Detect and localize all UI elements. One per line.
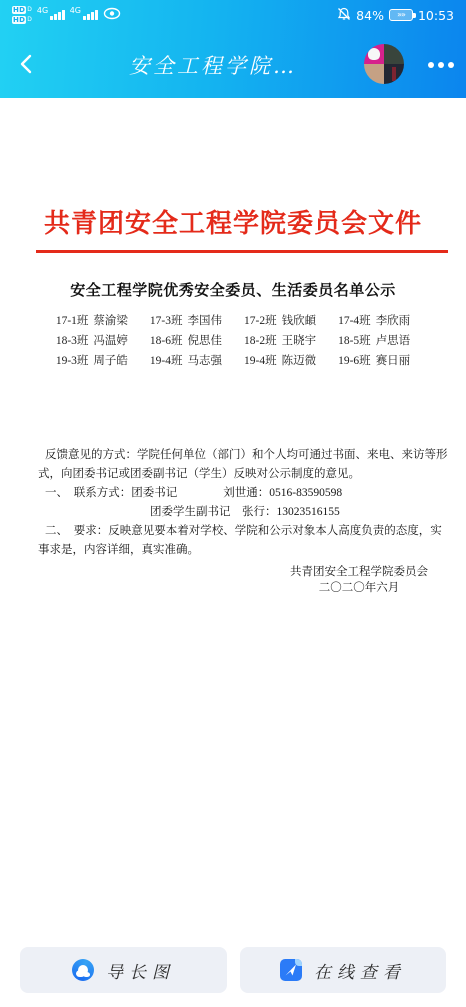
table-row: 17-1班蔡渝梁 17-3班李国伟 17-2班钱欣頔 17-4班李欣雨 xyxy=(0,312,466,332)
app-header: HDD HDD 4G 4G 84% xyxy=(0,0,466,98)
more-options-icon[interactable] xyxy=(428,62,454,68)
table-cell: 19-4班陈迈微 xyxy=(244,352,316,372)
tencent-docs-icon xyxy=(280,959,302,981)
signature-block: 共青团安全工程学院委员会 二〇二〇年六月 xyxy=(290,565,428,596)
avatar-tile-2 xyxy=(384,44,404,64)
table-cell: 19-4班马志强 xyxy=(150,352,222,372)
hd-badge-sim2: HD xyxy=(12,16,26,24)
table-cell: 18-2班王晓宇 xyxy=(244,332,316,352)
bottom-action-bar: 导长图 在线查看 xyxy=(0,935,466,1007)
table-cell: 18-5班卢思语 xyxy=(338,332,410,352)
document-title: 安全工程学院优秀安全委员、生活委员名单公示 xyxy=(0,279,466,300)
contact-line-2: 团委学生副书记 张行：13023516155 xyxy=(38,503,448,522)
qq-browser-icon xyxy=(72,959,94,981)
eye-protection-icon xyxy=(103,7,121,23)
signature-date: 二〇二〇年六月 xyxy=(290,581,428,597)
signal-bars-sim2-icon xyxy=(83,10,98,20)
table-row: 18-3班冯温婷 18-6班倪思佳 18-2班王晓宇 18-5班卢思语 xyxy=(0,332,466,352)
view-online-button[interactable]: 在线查看 xyxy=(240,947,446,993)
table-cell: 17-3班李国伟 xyxy=(150,312,222,332)
avatar-tile-4 xyxy=(384,64,404,84)
hd-sub-sim1: D xyxy=(27,7,32,13)
table-cell: 18-3班冯温婷 xyxy=(56,332,128,352)
battery-charging-icon: »» xyxy=(389,9,413,21)
table-cell: 18-6班倪思佳 xyxy=(150,332,222,352)
back-chevron-icon[interactable] xyxy=(14,51,40,77)
table-cell: 19-6班赛日丽 xyxy=(338,352,410,372)
table-row: 19-3班周子皓 19-4班马志强 19-4班陈迈微 19-6班赛日丽 xyxy=(0,352,466,372)
feedback-intro-paragraph: 反馈意见的方式：学院任何单位（部门）和个人均可通过书面、来电、来访等形式，向团委… xyxy=(38,446,448,483)
document-body-text: 反馈意见的方式：学院任何单位（部门）和个人均可通过书面、来电、来访等形式，向团委… xyxy=(38,446,448,559)
clock-time: 10:53 xyxy=(418,8,454,23)
signal-bars-sim1-icon xyxy=(50,10,65,20)
status-bar: HDD HDD 4G 4G 84% xyxy=(0,0,466,30)
signal-sim1-icon: 4G xyxy=(37,10,65,20)
signature-org: 共青团安全工程学院委员会 xyxy=(290,565,428,581)
red-divider-line xyxy=(36,250,448,253)
screen: HDD HDD 4G 4G 84% xyxy=(0,0,466,1007)
requirement-line: 二、 要求：反映意见要本着对学校、学院和公示对象本人高度负责的态度，实事求是，内… xyxy=(38,522,448,559)
hd-badge-sim1: HD xyxy=(12,6,26,14)
table-cell: 17-1班蔡渝梁 xyxy=(56,312,128,332)
table-cell: 17-2班钱欣頔 xyxy=(244,312,316,332)
signal-sim2-icon: 4G xyxy=(70,10,98,20)
document-red-header: 共青团安全工程学院委员会文件 xyxy=(0,203,466,240)
nav-bar: 安全工程学院… xyxy=(0,30,466,98)
group-avatar[interactable] xyxy=(364,44,404,84)
chat-title: 安全工程学院… xyxy=(80,50,346,80)
network-type-sim2: 4G xyxy=(70,7,81,15)
table-cell: 17-4班李欣雨 xyxy=(338,312,410,332)
status-left-cluster: HDD HDD 4G 4G xyxy=(12,6,121,24)
table-cell: 19-3班周子皓 xyxy=(56,352,128,372)
export-long-image-button[interactable]: 导长图 xyxy=(20,947,227,993)
volte-hd-icon: HDD HDD xyxy=(12,6,32,24)
view-online-label: 在线查看 xyxy=(314,958,406,983)
hd-sub-sim2: D xyxy=(27,17,32,23)
export-long-image-label: 导长图 xyxy=(106,958,175,983)
awardee-name-table: 17-1班蔡渝梁 17-3班李国伟 17-2班钱欣頔 17-4班李欣雨 18-3… xyxy=(0,312,466,372)
avatar-tile-1 xyxy=(364,44,384,64)
avatar-tile-3 xyxy=(364,64,384,84)
status-right-cluster: 84% »» 10:53 xyxy=(337,7,454,24)
bell-muted-icon xyxy=(337,7,351,24)
contact-line: 一、 联系方式：团委书记 刘世通：0516-83590598 xyxy=(38,484,448,503)
network-type-sim1: 4G xyxy=(37,7,48,15)
document-page: 共青团安全工程学院委员会文件 安全工程学院优秀安全委员、生活委员名单公示 17-… xyxy=(0,98,466,935)
battery-percent: 84% xyxy=(356,8,384,23)
